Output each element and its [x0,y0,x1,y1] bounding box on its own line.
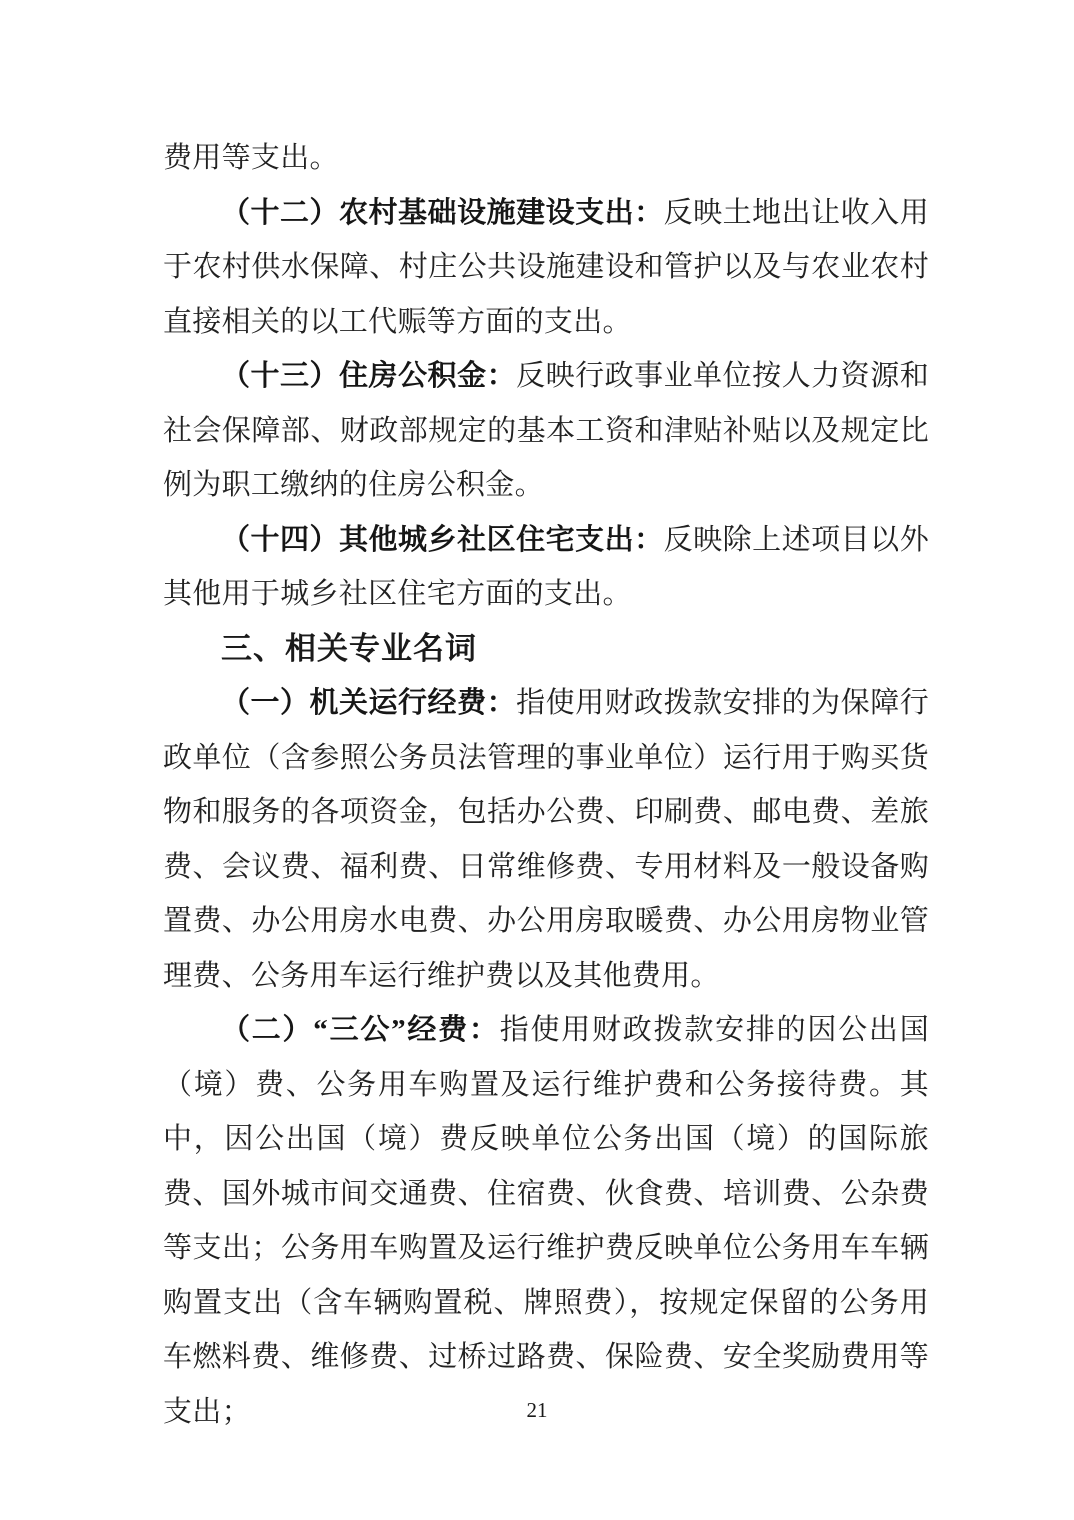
term-lead: （一）机关运行经费： [221,687,516,719]
paragraph-3: （十三）住房公积金：反映行政事业单位按人力资源和社会保障部、财政部规定的基本工资… [163,349,929,513]
page-number: 21 [0,1398,1074,1423]
paragraph-7: （二）“三公”经费：指使用财政拨款安排的因公出国（境）费、公务用车购置及运行维护… [163,1003,929,1439]
paragraph-1: 费用等支出。 [163,131,929,186]
paragraph-4: （十四）其他城乡社区住宅支出：反映除上述项目以外其他用于城乡社区住宅方面的支出。 [163,513,929,622]
term-lead: （二）“三公”经费： [221,1014,500,1046]
paragraph-6: （一）机关运行经费：指使用财政拨款安排的为保障行政单位（含参照公务员法管理的事业… [163,676,929,1003]
term-lead: （十二）农村基础设施建设支出： [221,197,664,229]
term-lead: （十四）其他城乡社区住宅支出： [221,524,664,556]
term-lead: 三、相关专业名词 [221,631,477,666]
text-segment: 费用等支出。 [163,142,339,174]
text-segment: 指使用财政拨款安排的为保障行政单位（含参照公务员法管理的事业单位）运行用于购买货… [163,687,929,992]
document-page: 费用等支出。（十二）农村基础设施建设支出：反映土地出让收入用于农村供水保障、村庄… [0,0,1074,1520]
document-content: 费用等支出。（十二）农村基础设施建设支出：反映土地出让收入用于农村供水保障、村庄… [163,131,929,1439]
text-segment: 指使用财政拨款安排的因公出国（境）费、公务用车购置及运行维护费和公务接待费。其中… [163,1014,929,1428]
paragraph-2: （十二）农村基础设施建设支出：反映土地出让收入用于农村供水保障、村庄公共设施建设… [163,186,929,350]
term-lead: （十三）住房公积金： [221,360,516,392]
section-heading: 三、相关专业名词 [163,622,929,677]
